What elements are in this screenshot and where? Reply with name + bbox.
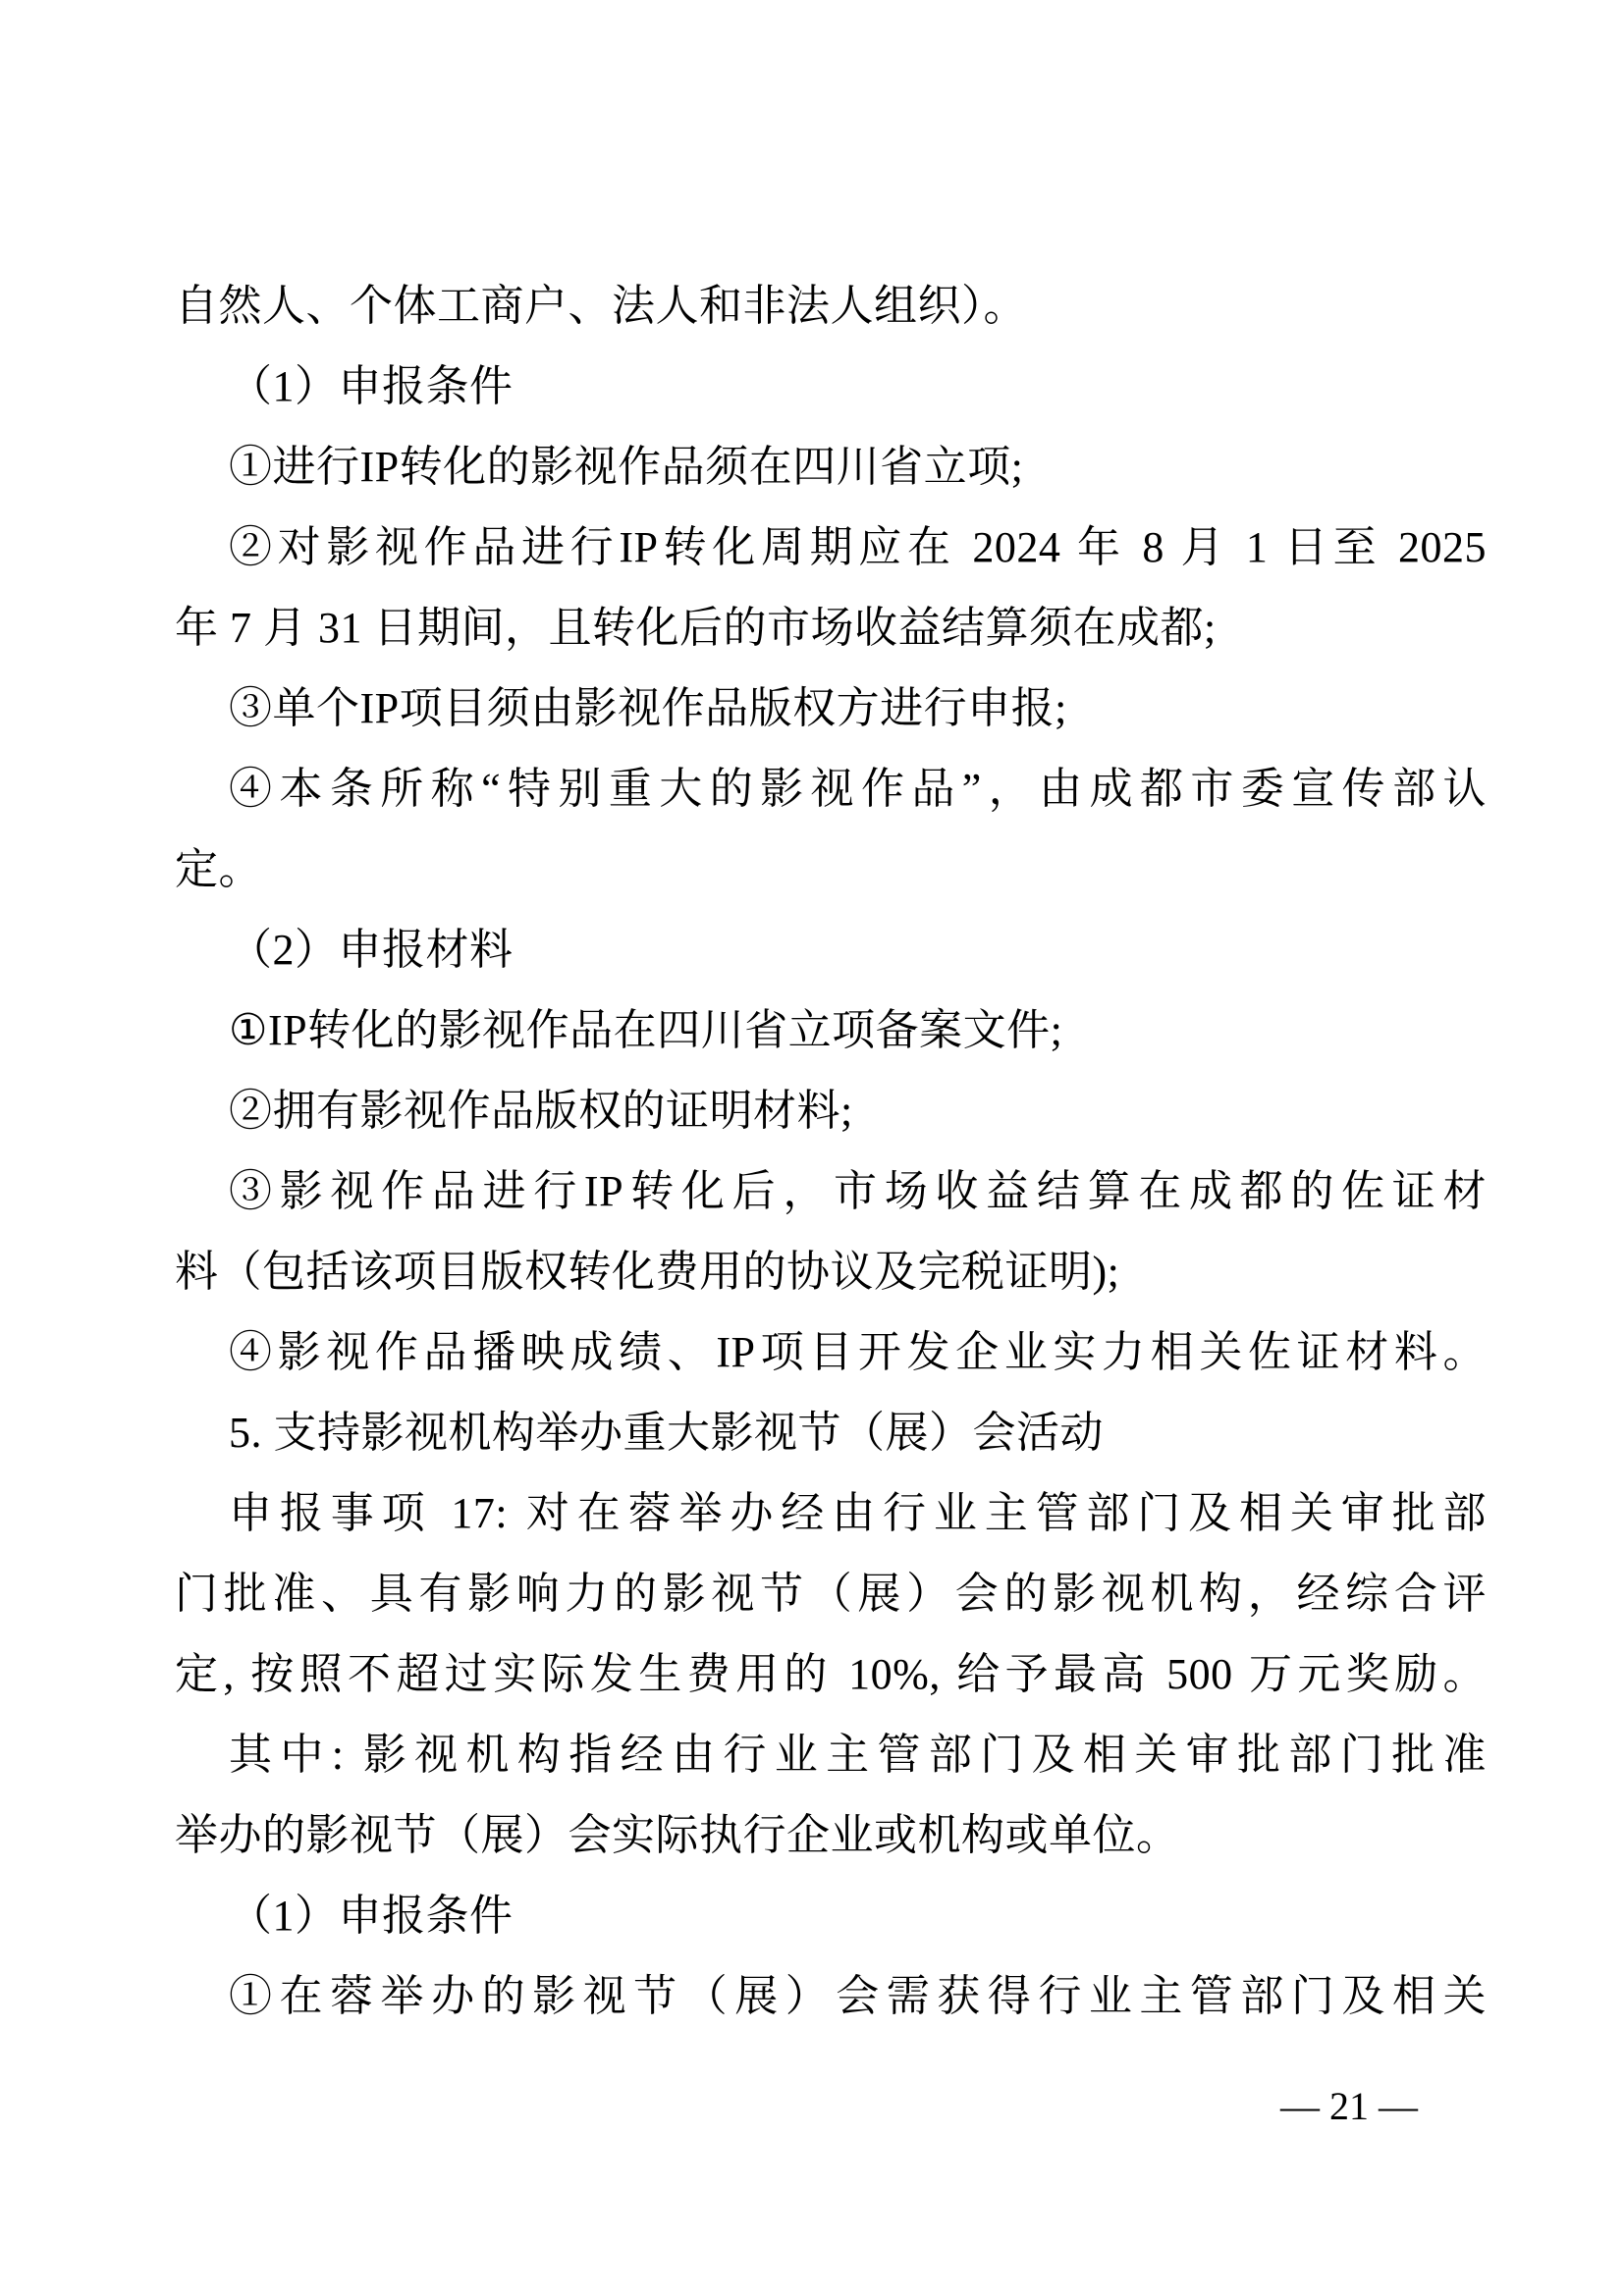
text-line: 门批准、具有影响力的影视节（展）会的影视机构，经综合评 [175, 1554, 1487, 1634]
text-line: 年 7 月 31 日期间，且转化后的市场收益结算须在成都; [175, 588, 1487, 668]
text-line: ③单个IP项目须由影视作品版权方进行申报; [175, 668, 1487, 749]
text-line: 定。 [175, 829, 1487, 910]
text-line: ④影视作品播映成绩、IP项目开发企业实力相关佐证材料。 [175, 1312, 1487, 1393]
text-line: ②拥有影视作品版权的证明材料; [175, 1071, 1487, 1151]
text-line: 自然人、个体工商户、法人和非法人组织）。 [175, 266, 1487, 347]
text-line: 其中: 影视机构指经由行业主管部门及相关审批部门批准 [175, 1715, 1487, 1795]
text-line: 申报事项 17: 对在蓉举办经由行业主管部门及相关审批部 [175, 1473, 1487, 1554]
page-number: — 21 — [1280, 2083, 1418, 2130]
text-line: 料（包括该项目版权转化费用的协议及完税证明); [175, 1232, 1487, 1312]
text-line: （1）申报条件 [175, 1876, 1487, 1956]
text-line: ②对影视作品进行IP转化周期应在 2024 年 8 月 1 日至 2025 [175, 507, 1487, 588]
text-line: ③影视作品进行IP转化后，市场收益结算在成都的佐证材 [175, 1151, 1487, 1232]
text-line: ④本条所称“特别重大的影视作品”，由成都市委宣传部认 [175, 749, 1487, 829]
text-line: 5. 支持影视机构举办重大影视节（展）会活动 [175, 1393, 1487, 1473]
text-line: ①在蓉举办的影视节（展）会需获得行业主管部门及相关 [175, 1956, 1487, 2037]
text-line: 定, 按照不超过实际发生费用的 10%, 给予最高 500 万元奖励。 [175, 1634, 1487, 1715]
document-page: 自然人、个体工商户、法人和非法人组织）。（1）申报条件①进行IP转化的影视作品须… [0, 0, 1624, 2296]
text-line: ①IP转化的影视作品在四川省立项备案文件; [175, 990, 1487, 1071]
text-line: ①进行IP转化的影视作品须在四川省立项; [175, 427, 1487, 507]
text-line: （2）申报材料 [175, 910, 1487, 990]
text-line: 举办的影视节（展）会实际执行企业或机构或单位。 [175, 1795, 1487, 1876]
text-line: （1）申报条件 [175, 347, 1487, 427]
document-body: 自然人、个体工商户、法人和非法人组织）。（1）申报条件①进行IP转化的影视作品须… [175, 266, 1487, 2037]
